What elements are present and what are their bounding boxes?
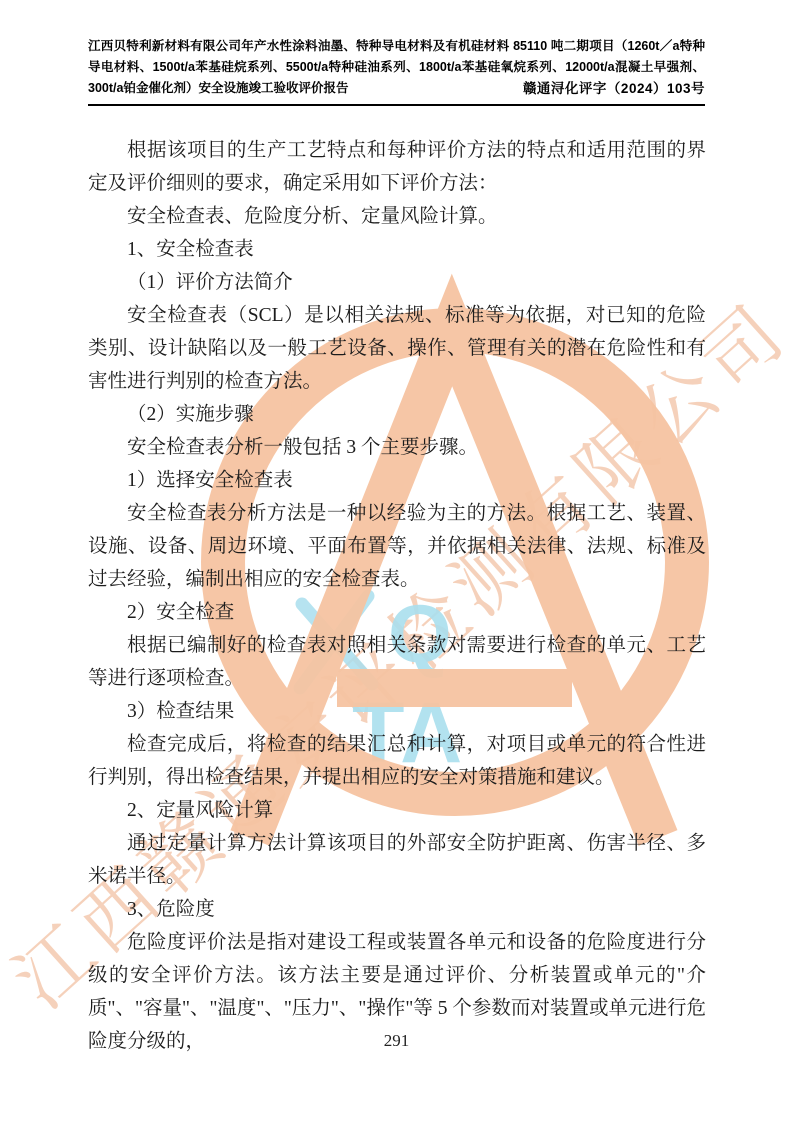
document-page: 江西赣通安评检测有限公司 Q TA 江西贝特利新材料有限公司年产水性涂料油墨、特…	[0, 0, 793, 1122]
paragraph: 检查完成后，将检查的结果汇总和计算，对项目或单元的符合性进行判别，得出检查结果，…	[88, 728, 706, 794]
paragraph: 1）选择安全检查表	[88, 464, 706, 497]
paragraph: 2）安全检查	[88, 596, 706, 629]
document-number: 赣通浔化评字（2024）103号	[523, 78, 705, 99]
paragraph: 3、危险度	[88, 893, 706, 926]
paragraph: 安全检查表、危险度分析、定量风险计算。	[88, 200, 706, 233]
header-divider	[88, 104, 705, 106]
paragraph: （2）实施步骤	[88, 398, 706, 431]
paragraph: 根据已编制好的检查表对照相关条款对需要进行检查的单元、工艺等进行逐项检查。	[88, 629, 706, 695]
paragraph: 安全检查表分析方法是一种以经验为主的方法。根据工艺、装置、设施、设备、周边环境、…	[88, 497, 706, 596]
page-number: 291	[384, 1031, 410, 1050]
paragraph: 通过定量计算方法计算该项目的外部安全防护距离、伤害半径、多米诺半径。	[88, 827, 706, 893]
body-text: 根据该项目的生产工艺特点和每种评价方法的特点和适用范围的界定及评价细则的要求，确…	[88, 134, 706, 1058]
paragraph: 1、安全检查表	[88, 233, 706, 266]
paragraph: （1）评价方法简介	[88, 266, 706, 299]
paragraph: 安全检查表（SCL）是以相关法规、标准等为依据，对已知的危险类别、设计缺陷以及一…	[88, 299, 706, 398]
paragraph: 2、定量风险计算	[88, 794, 706, 827]
paragraph: 安全检查表分析一般包括 3 个主要步骤。	[88, 431, 706, 464]
page-footer: 291	[0, 1031, 793, 1051]
page-content: 江西贝特利新材料有限公司年产水性涂料油墨、特种导电材料及有机硅材料 85110 …	[0, 0, 793, 1122]
paragraph: 3）检查结果	[88, 695, 706, 728]
page-header: 江西贝特利新材料有限公司年产水性涂料油墨、特种导电材料及有机硅材料 85110 …	[88, 36, 705, 99]
paragraph: 根据该项目的生产工艺特点和每种评价方法的特点和适用范围的界定及评价细则的要求，确…	[88, 134, 706, 200]
